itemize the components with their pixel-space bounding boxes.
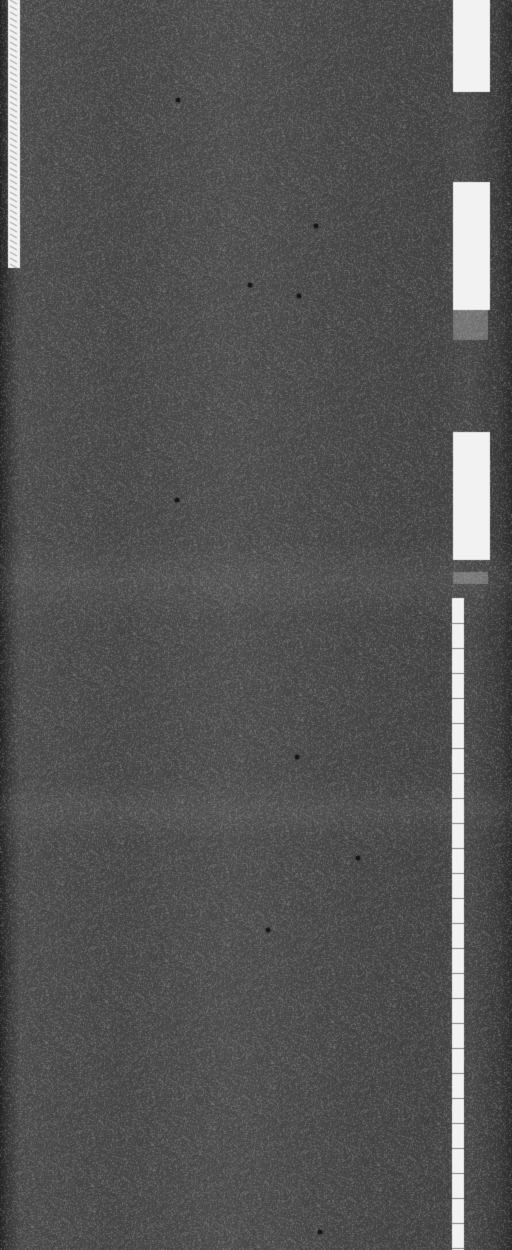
road-markings [0,0,512,1250]
road-surface [0,0,512,1250]
